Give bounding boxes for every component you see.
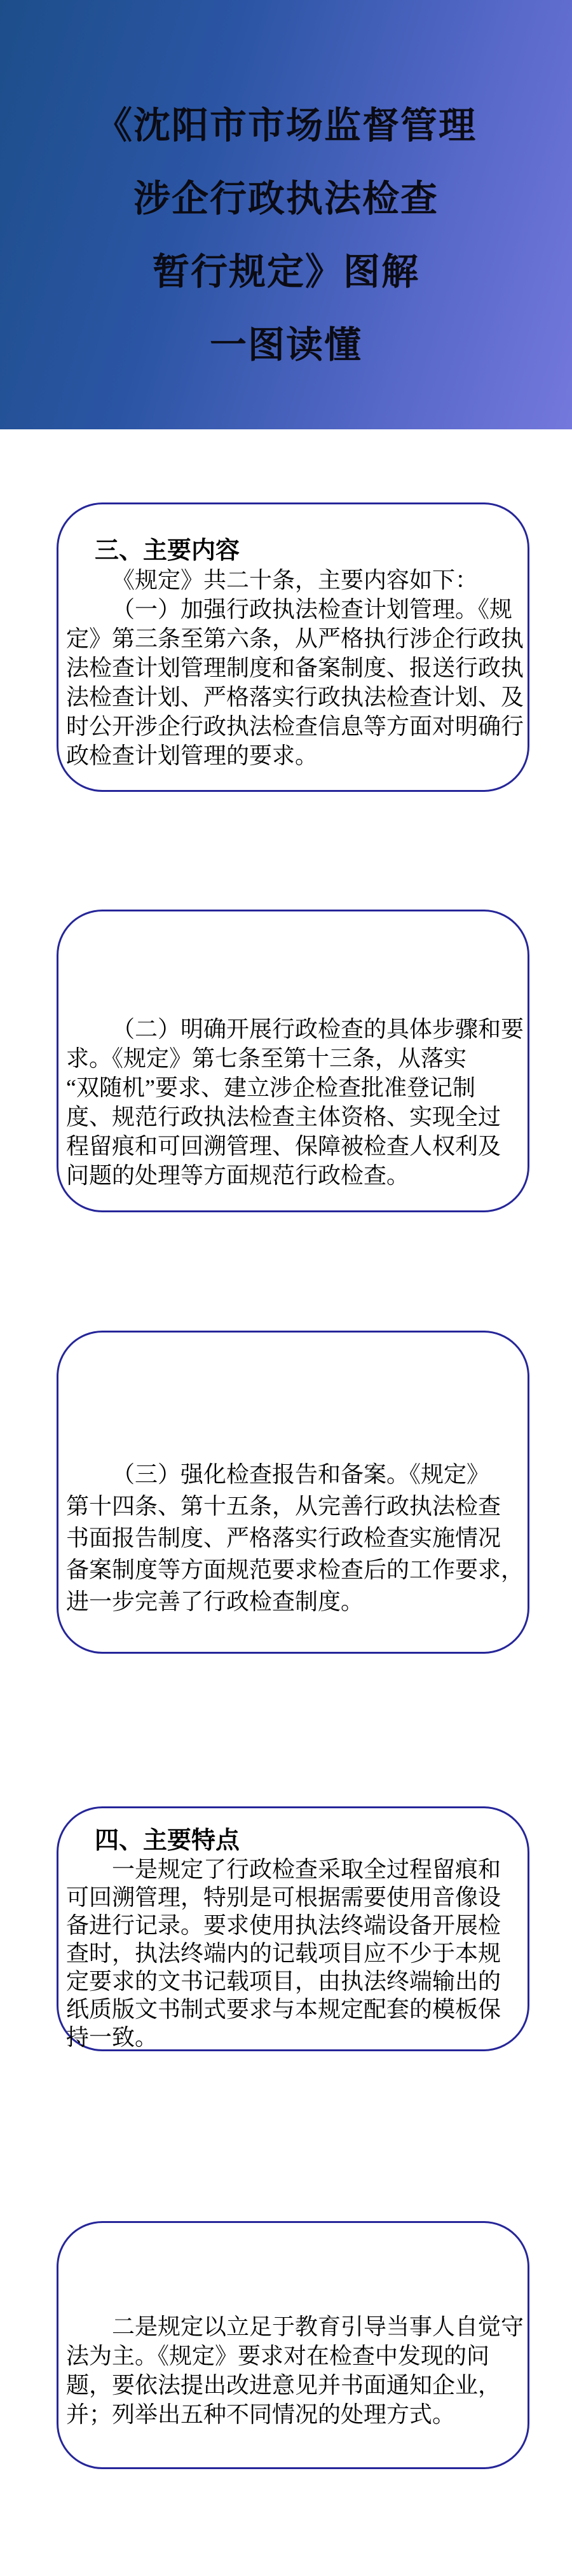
text-line: 法检查计划管理制度和备案制度、报送行政执 — [66, 653, 524, 682]
text-line: 政检查计划管理的要求。 — [66, 741, 524, 770]
page-title-line-4: 一图读懂 — [0, 308, 572, 382]
card-main-features: 四、主要特点 一是规定了行政检查采取全过程留痕和 可回溯管理，特别是可根据需要使… — [57, 1806, 529, 2051]
text-line: 持一致。 — [66, 2023, 524, 2051]
card-item-two: （二）明确开展行政检查的具体步骤和要 求。《规定》第七条至第十三条，从落实 “双… — [57, 910, 529, 1212]
text-line: （一）加强行政执法检查计划管理。《规 — [66, 595, 524, 624]
text-line: 《规定》共二十条，主要内容如下： — [66, 565, 524, 595]
text-line: 度、规范行政执法检查主体资格、实现全过 — [66, 1102, 524, 1132]
text-line: 并；列举出五种不同情况的处理方式。 — [66, 2400, 524, 2429]
card-item-three: （三）强化检查报告和备案。《规定》 第十四条、第十五条，从完善行政执法检查 书面… — [57, 1331, 529, 1654]
text-line: 二是规定以立足于教育引导当事人自觉守 — [66, 2312, 524, 2341]
text-line: 书面报告制度、严格落实行政检查实施情况 — [66, 1522, 524, 1554]
text-line: 定要求的文书记载项目，由执法终端输出的 — [66, 1967, 524, 1995]
text-line: 定》第三条至第六条，从严格执行涉企行政执 — [66, 624, 524, 653]
text-line: 备案制度等方面规范要求检查后的工作要求， — [66, 1554, 524, 1586]
page-title-line-1: 《沈阳市市场监督管理 — [0, 89, 572, 162]
text-line: 可回溯管理，特别是可根据需要使用音像设 — [66, 1883, 524, 1911]
page-title-line-3: 暂行规定》图解 — [0, 235, 572, 308]
text-line: 一是规定了行政检查采取全过程留痕和 — [66, 1855, 524, 1883]
text-line: （三）强化检查报告和备案。《规定》 — [66, 1458, 524, 1490]
text-line: 求。《规定》第七条至第十三条，从落实 — [66, 1044, 524, 1073]
text-line: 法为主。《规定》要求对在检查中发现的问 — [66, 2341, 524, 2371]
text-line: 程留痕和可回溯管理、保障被检查人权利及 — [66, 1132, 524, 1161]
text-line: 备进行记录。要求使用执法终端设备开展检 — [66, 1911, 524, 1939]
text-line: 法检查计划、严格落实行政执法检查计划、及 — [66, 682, 524, 712]
card-main-content: 三、主要内容 《规定》共二十条，主要内容如下： （一）加强行政执法检查计划管理。… — [57, 502, 529, 792]
page-title-line-2: 涉企行政执法检查 — [0, 162, 572, 235]
text-line: 题，要依法提出改进意见并书面通知企业， — [66, 2371, 524, 2400]
text-line: 问题的处理等方面规范行政检查。 — [66, 1161, 524, 1190]
card-feature-two: 二是规定以立足于教育引导当事人自觉守 法为主。《规定》要求对在检查中发现的问 题… — [57, 2221, 529, 2469]
header-banner: 《沈阳市市场监督管理 涉企行政执法检查 暂行规定》图解 一图读懂 — [0, 0, 572, 429]
page-title: 《沈阳市市场监督管理 涉企行政执法检查 暂行规定》图解 一图读懂 — [0, 0, 572, 382]
text-line: 进一步完善了行政检查制度。 — [66, 1586, 524, 1617]
text-line: （二）明确开展行政检查的具体步骤和要 — [66, 1014, 524, 1044]
infographic-page: 《沈阳市市场监督管理 涉企行政执法检查 暂行规定》图解 一图读懂 三、主要内容 … — [0, 0, 572, 2576]
card-main-features-heading: 四、主要特点 — [66, 1826, 524, 1855]
text-line: “双随机”要求、建立涉企检查批准登记制 — [66, 1073, 524, 1102]
text-line: 纸质版文书制式要求与本规定配套的模板保 — [66, 1995, 524, 2023]
text-line: 查时，执法终端内的记载项目应不少于本规 — [66, 1939, 524, 1967]
text-line: 第十四条、第十五条，从完善行政执法检查 — [66, 1490, 524, 1522]
text-line: 时公开涉企行政执法检查信息等方面对明确行 — [66, 712, 524, 741]
card-main-content-heading: 三、主要内容 — [66, 536, 524, 565]
